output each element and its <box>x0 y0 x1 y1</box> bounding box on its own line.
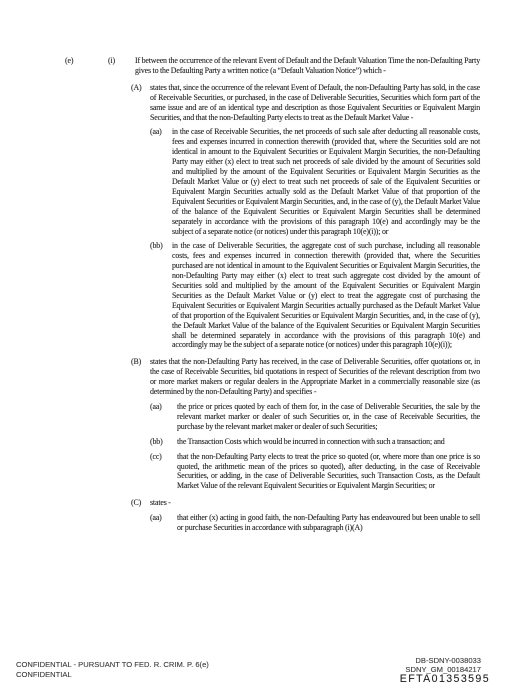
subitem-B-cc: (cc) that the non-Defaulting Party elect… <box>150 452 480 492</box>
subitem-A-bb-text: in the case of Deliverable Securities, t… <box>172 241 480 350</box>
item-C-text: states - <box>150 498 480 508</box>
clause-sub-label: (i) <box>108 56 135 66</box>
bates-number-db-sdny: DB-SDNY-0038033 <box>400 656 481 665</box>
item-C-label: (C) <box>131 498 150 508</box>
subitem-B-bb-label: (bb) <box>150 437 177 447</box>
clause-intro-text: If between the occurrence of the relevan… <box>135 56 480 76</box>
subitem-B-aa-text: the price or prices quoted by each of th… <box>177 402 480 432</box>
item-B-label: (B) <box>131 357 150 367</box>
subitem-A-aa-label: (aa) <box>150 127 172 137</box>
subitem-B-aa: (aa) the price or prices quoted by each … <box>150 402 480 432</box>
item-B-text: states that the non-Defaulting Party has… <box>150 357 480 397</box>
confidential-stamp-line2: CONFIDENTIAL <box>16 670 209 680</box>
subitem-A-aa-text: in the case of Receivable Securities, th… <box>172 127 480 236</box>
subitem-B-aa-label: (aa) <box>150 402 177 412</box>
confidential-stamp: CONFIDENTIAL - PURSUANT TO FED. R. CRIM.… <box>16 660 209 679</box>
subitem-A-bb-label: (bb) <box>150 241 172 251</box>
subitem-B-bb-text: the Transaction Costs which would be inc… <box>177 437 480 447</box>
document-page: (e) (i) If between the occurrence of the… <box>0 0 512 699</box>
bates-stamps: DB-SDNY-0038033 SDNY_GM_00184217 EFTA013… <box>400 656 481 685</box>
subitem-B-bb: (bb) the Transaction Costs which would b… <box>150 437 480 447</box>
item-A: (A) states that, since the occurrence of… <box>131 83 480 123</box>
subitem-C-aa-text: that either (x) acting in good faith, th… <box>177 513 480 533</box>
confidential-stamp-line1: CONFIDENTIAL - PURSUANT TO FED. R. CRIM.… <box>16 660 209 670</box>
subitem-C-aa-label: (aa) <box>150 513 177 523</box>
document-body: (e) (i) If between the occurrence of the… <box>0 56 512 533</box>
paragraph-e-i: (e) (i) If between the occurrence of the… <box>65 56 480 76</box>
item-A-text: states that, since the occurrence of the… <box>150 83 480 123</box>
subitem-B-cc-text: that the non-Defaulting Party elects to … <box>177 452 480 492</box>
item-A-label: (A) <box>131 83 150 93</box>
item-B: (B) states that the non-Defaulting Party… <box>131 357 480 397</box>
bates-number-efta: EFTA01353595 <box>400 675 490 684</box>
clause-label: (e) <box>65 56 108 66</box>
subitem-C-aa: (aa) that either (x) acting in good fait… <box>150 513 480 533</box>
item-C: (C) states - <box>131 498 480 508</box>
subitem-A-bb: (bb) in the case of Deliverable Securiti… <box>150 241 480 350</box>
subitem-B-cc-label: (cc) <box>150 452 177 462</box>
subitem-A-aa: (aa) in the case of Receivable Securitie… <box>150 127 480 236</box>
